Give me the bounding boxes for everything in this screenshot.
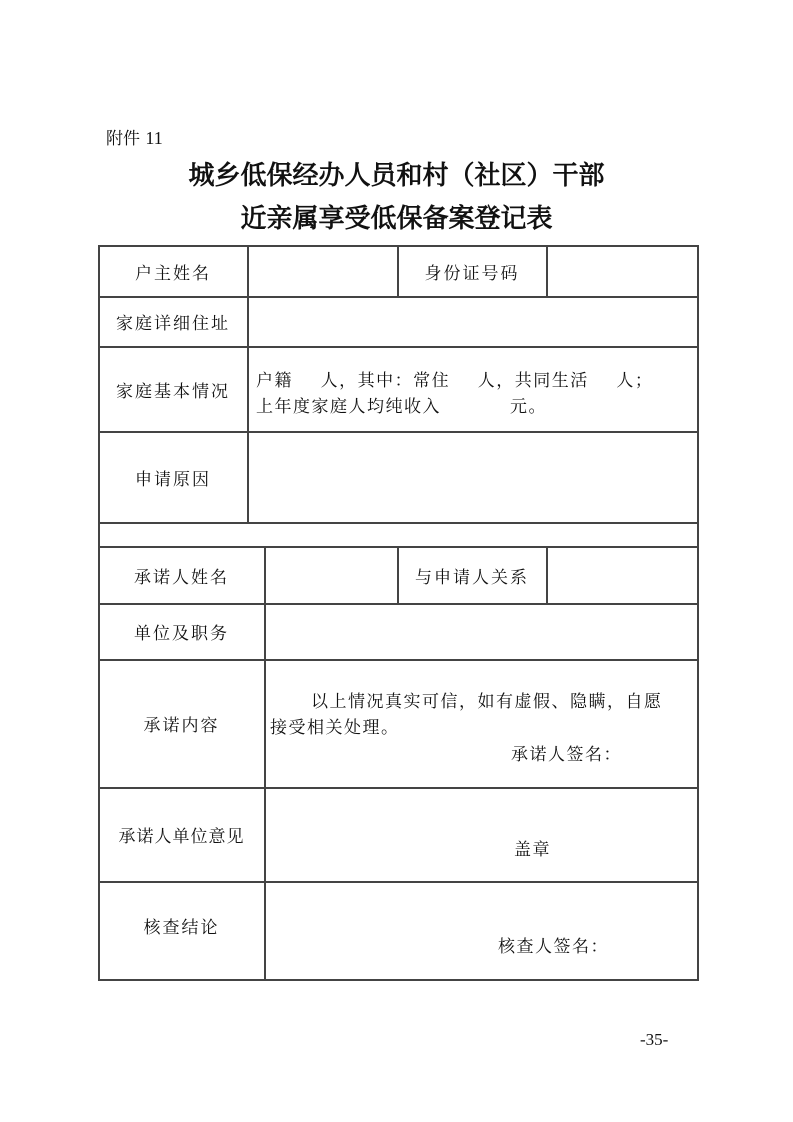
divider <box>697 245 699 981</box>
relation-field[interactable] <box>547 547 697 603</box>
basic-info-label: 家庭基本情况 <box>99 347 247 431</box>
seal-text: 盖章 <box>514 835 551 860</box>
household-head-name-label: 户主姓名 <box>99 246 247 296</box>
title-line-2: 近亲属享受低保备案登记表 <box>0 198 793 235</box>
promise-label: 承诺内容 <box>99 660 264 787</box>
promise-signature: 承诺人签名： <box>511 740 622 765</box>
page-number: -35- <box>640 1030 668 1050</box>
reason-label: 申请原因 <box>99 432 247 522</box>
check-label: 核查结论 <box>99 882 264 979</box>
address-field[interactable] <box>248 297 697 346</box>
relation-label: 与申请人关系 <box>398 547 546 603</box>
address-label: 家庭详细住址 <box>99 297 247 346</box>
reason-field[interactable] <box>248 432 697 522</box>
basic-info-line-1: 户籍 人，其中：常住 人，共同生活 人； <box>256 366 653 391</box>
promise-line-2: 接受相关处理。 <box>270 713 400 738</box>
title-line-1: 城乡低保经办人员和村（社区）干部 <box>0 155 793 192</box>
divider <box>98 979 699 981</box>
id-number-label: 身份证号码 <box>398 246 546 296</box>
divider <box>98 522 699 524</box>
unit-position-field[interactable] <box>265 604 697 659</box>
unit-position-label: 单位及职务 <box>99 604 264 659</box>
attachment-number: 11 <box>145 128 162 148</box>
basic-info-line-2: 上年度家庭人均纯收入 元。 <box>256 392 547 417</box>
id-number-field[interactable] <box>547 246 697 296</box>
promisor-name-label: 承诺人姓名 <box>99 547 264 603</box>
unit-opinion-label: 承诺人单位意见 <box>99 788 264 881</box>
household-head-name-field[interactable] <box>248 246 397 296</box>
attachment-prefix: 附件 <box>106 129 140 149</box>
check-signature: 核查人签名： <box>498 932 609 957</box>
promisor-name-field[interactable] <box>265 547 397 603</box>
attachment-label: 附件 11 <box>106 124 163 149</box>
promise-line-1: 以上情况真实可信，如有虚假、隐瞒，自愿 <box>311 687 663 712</box>
